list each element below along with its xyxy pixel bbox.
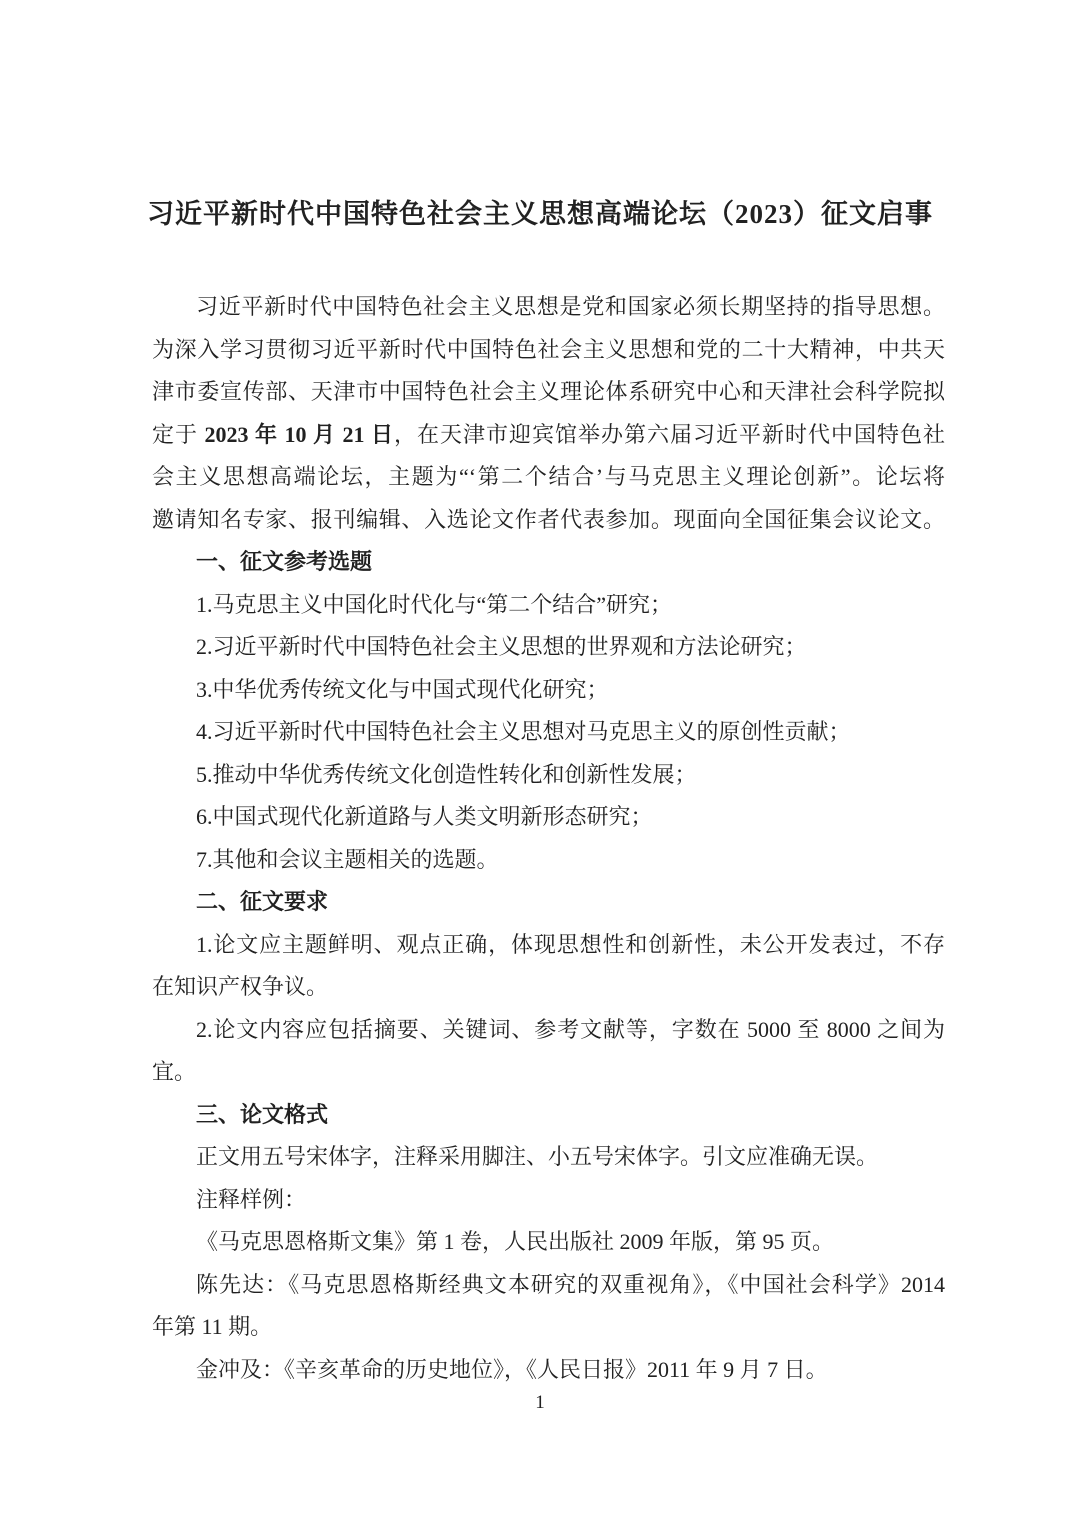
topic-item-2: 2.习近平新时代中国特色社会主义思想的世界观和方法论研究； (152, 626, 945, 669)
forum-date-bold: 2023 年 10 月 21 日 (205, 422, 395, 447)
intro-line-2: 为深入学习贯彻习近平新时代中国特色社会主义思想和党的二十大精神，中共天 (152, 329, 945, 372)
intro-line-3: 津市委宣传部、天津市中国特色社会主义理论体系研究中心和天津社会科学院拟 (152, 371, 945, 414)
topic-item-6: 6.中国式现代化新道路与人类文明新形态研究； (152, 796, 945, 839)
page-number: 1 (0, 1392, 1080, 1414)
citation-example-1: 《马克思恩格斯文集》第 1 卷，人民出版社 2009 年版，第 95 页。 (152, 1221, 945, 1264)
requirement-2-line-2: 宜。 (152, 1051, 945, 1094)
citation-example-2-line-2: 年第 11 期。 (152, 1306, 945, 1349)
topic-item-4: 4.习近平新时代中国特色社会主义思想对马克思主义的原创性贡献； (152, 711, 945, 754)
intro-line-6: 邀请知名专家、报刊编辑、入选论文作者代表参加。现面向全国征集会议论文。 (152, 499, 945, 542)
topic-item-5: 5.推动中华优秀传统文化创造性转化和创新性发展； (152, 754, 945, 797)
document-page: 习近平新时代中国特色社会主义思想高端论坛（2023）征文启事 习近平新时代中国特… (0, 0, 1080, 1526)
document-body: 习近平新时代中国特色社会主义思想是党和国家必须长期坚持的指导思想。 为深入学习贯… (152, 286, 945, 1391)
forum-date-line: 定于 2023 年 10 月 21 日，在天津市迎宾馆举办第六届习近平新时代中国… (152, 414, 945, 457)
note-samples-label: 注释样例： (152, 1179, 945, 1222)
section-heading-topics: 一、征文参考选题 (152, 541, 945, 584)
topic-item-1: 1.马克思主义中国化时代化与“第二个结合”研究； (152, 584, 945, 627)
section-heading-format: 三、论文格式 (152, 1094, 945, 1137)
section-heading-requirements: 二、征文要求 (152, 881, 945, 924)
requirement-1-line-1: 1.论文应主题鲜明、观点正确，体现思想性和创新性，未公开发表过，不存 (152, 924, 945, 967)
date-line-pre: 定于 (152, 422, 205, 447)
topic-item-3: 3.中华优秀传统文化与中国式现代化研究； (152, 669, 945, 712)
document-title: 习近平新时代中国特色社会主义思想高端论坛（2023）征文启事 (0, 192, 1080, 231)
intro-line-1: 习近平新时代中国特色社会主义思想是党和国家必须长期坚持的指导思想。 (152, 286, 945, 329)
topic-item-7: 7.其他和会议主题相关的选题。 (152, 839, 945, 882)
requirement-2-line-1: 2.论文内容应包括摘要、关键词、参考文献等，字数在 5000 至 8000 之间… (152, 1009, 945, 1052)
date-line-post: ，在天津市迎宾馆举办第六届习近平新时代中国特色社 (394, 422, 945, 447)
citation-example-3: 金冲及：《辛亥革命的历史地位》，《人民日报》2011 年 9 月 7 日。 (152, 1349, 945, 1392)
format-body-line: 正文用五号宋体字，注释采用脚注、小五号宋体字。引文应准确无误。 (152, 1136, 945, 1179)
citation-example-2-line-1: 陈先达：《马克思恩格斯经典文本研究的双重视角》，《中国社会科学》2014 (152, 1264, 945, 1307)
intro-line-5: 会主义思想高端论坛，主题为“‘第二个结合’与马克思主义理论创新”。论坛将 (152, 456, 945, 499)
requirement-1-line-2: 在知识产权争议。 (152, 966, 945, 1009)
